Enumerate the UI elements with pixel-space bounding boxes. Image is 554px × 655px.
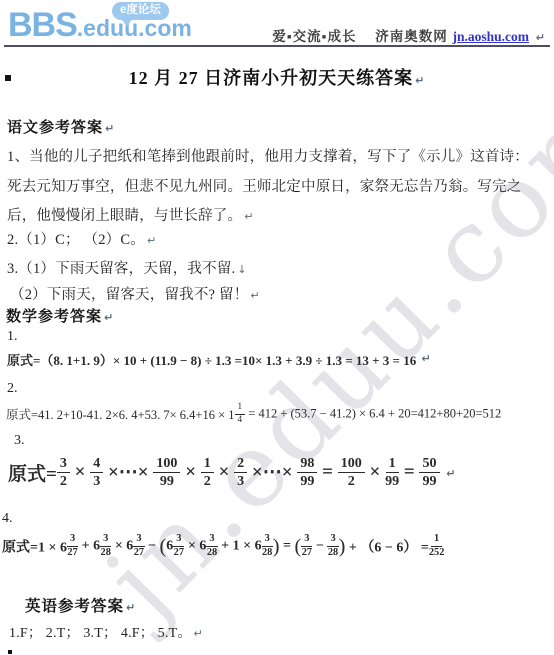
logo-forum-badge: e度论坛 xyxy=(112,2,169,20)
header-tagline: 爱▪交流▪成长 济南奥数网 jn.aoshu.com ↵ xyxy=(272,25,546,45)
math-text: = xyxy=(317,461,337,482)
math-formula-2: 原式=41. 2+10-41. 2×6. 4+53. 7× 6.4+16 × 1… xyxy=(6,403,501,425)
math-text: − xyxy=(145,538,160,553)
math-text: 原式= xyxy=(8,464,57,485)
math-text: = xyxy=(280,538,295,553)
math-item-number-1: 1. xyxy=(7,329,18,345)
chinese-answer3-part1: 3.（1）下雨天留客，天留，我不留.↓ xyxy=(7,257,247,278)
chinese-answer2: 2.（1）C； （2）C。↵ xyxy=(7,228,156,249)
fraction: 12 xyxy=(201,456,214,489)
math-text: 原式=1 × 6 xyxy=(2,540,67,555)
fraction: 327 xyxy=(67,534,78,559)
math-text: + （6 − 6） = xyxy=(345,540,428,555)
paragraph-mark: ↵ xyxy=(194,627,203,640)
fraction: 328 xyxy=(262,534,273,559)
math-formula-3: 原式=32 × 43 ×⋯× 10099 × 12 × 23 ×⋯× 9899 … xyxy=(8,456,456,489)
math-text: × xyxy=(70,461,90,482)
fraction: 199 xyxy=(385,456,399,489)
math-text: + 1 × 6 xyxy=(218,538,262,553)
math-text xyxy=(440,461,445,482)
math-text: 原式=（8. 1+1. 9）× 10 + (11.9 − 8) ÷ 1.3 =1… xyxy=(7,353,419,368)
parenthesis: ) xyxy=(273,536,280,558)
tagline-slogan: 爱▪交流▪成长 xyxy=(272,29,356,44)
chinese-answer1-line3: 后，他慢慢闭上眼睛，与世长辞了。↵ xyxy=(7,204,254,225)
paragraph-mark: ↵ xyxy=(421,352,430,365)
english-answers: 1.F； 2.T； 3.T； 4.F； 5.T。↵ xyxy=(9,622,203,642)
math-text: × xyxy=(365,461,385,482)
paragraph-mark: ↵ xyxy=(415,74,425,87)
line-break-mark: ↓ xyxy=(237,263,246,276)
fraction: 5099 xyxy=(419,456,439,489)
fraction: 1002 xyxy=(338,456,365,489)
page-title: 12 月 27 日济南小升初天天练答案↵ xyxy=(0,64,554,90)
logo-bbs: BBS xyxy=(8,6,77,44)
paragraph-mark: ↵ xyxy=(536,31,546,44)
math-text: × xyxy=(214,461,234,482)
math-text: × 6 xyxy=(111,538,133,553)
math-formula-4: 原式=1 × 6327 + 6328 × 6327 − (6327 × 6328… xyxy=(2,534,444,559)
site-link[interactable]: jn.aoshu.com xyxy=(453,29,530,44)
math-item-number-2: 2. xyxy=(7,381,18,397)
paragraph-mark: ↵ xyxy=(446,467,455,480)
math-formula-1: 原式=（8. 1+1. 9）× 10 + (11.9 − 8) ÷ 1.3 =1… xyxy=(7,350,431,369)
fraction: 43 xyxy=(90,456,103,489)
paragraph-mark: ↵ xyxy=(104,311,114,324)
math-text: ×⋯× xyxy=(103,462,153,483)
chinese-answer1-line2: 死去元知万事空，但悲不见九州同。王师北定中原日，家祭无忘告乃翁。写完之 xyxy=(7,175,522,196)
paragraph-mark: ↵ xyxy=(105,122,115,135)
fraction: 14 xyxy=(235,403,246,425)
fraction: 328 xyxy=(206,534,217,559)
stray-dot xyxy=(8,650,12,654)
fraction: 23 xyxy=(234,456,247,489)
fraction: 9899 xyxy=(297,456,317,489)
fraction: 328 xyxy=(327,534,338,559)
site-name: 济南奥数网 xyxy=(375,29,448,44)
fraction: 327 xyxy=(301,534,312,559)
paragraph-mark: ↵ xyxy=(147,234,156,247)
header-divider xyxy=(4,45,550,47)
math-text: 原式=41. 2+10-41. 2×6. 4+53. 7× 6.4+16 × 1 xyxy=(6,408,235,422)
math-text: 6 xyxy=(166,538,173,553)
fraction: 32 xyxy=(57,456,70,489)
fraction: 327 xyxy=(173,534,184,559)
math-item-number-4: 4. xyxy=(2,511,13,527)
chinese-answer1-line1: 1、当他的儿子把纸和笔捧到他跟前时，他用力支撑着，写下了《示儿》这首诗： xyxy=(7,145,529,166)
paragraph-mark: ↵ xyxy=(250,289,259,302)
paragraph-mark: ↵ xyxy=(244,210,253,223)
section-heading-english: 英语参考答案↵ xyxy=(25,594,136,616)
math-text: ×⋯× xyxy=(247,462,297,483)
fraction: 327 xyxy=(133,534,144,559)
fraction: 10099 xyxy=(153,456,180,489)
math-text: = xyxy=(399,461,419,482)
math-text: + 6 xyxy=(78,538,100,553)
math-text: × 6 xyxy=(184,538,206,553)
math-item-number-3: 3. xyxy=(14,433,25,449)
math-text: = 412 + (53.7 − 41.2) × 6.4 + 20=412+80+… xyxy=(245,407,501,421)
fraction: 1252 xyxy=(429,534,445,559)
chinese-answer3-part2: （2）下雨天，留客天，留我不? 留！↵ xyxy=(10,283,260,304)
fraction: 328 xyxy=(100,534,111,559)
paragraph-mark: ↵ xyxy=(126,601,136,614)
section-heading-chinese: 语文参考答案↵ xyxy=(7,116,115,137)
math-text: × xyxy=(180,461,200,482)
parenthesis: ( xyxy=(295,536,302,558)
math-text: − xyxy=(312,538,327,553)
section-heading-math: 数学参考答案↵ xyxy=(6,305,114,326)
